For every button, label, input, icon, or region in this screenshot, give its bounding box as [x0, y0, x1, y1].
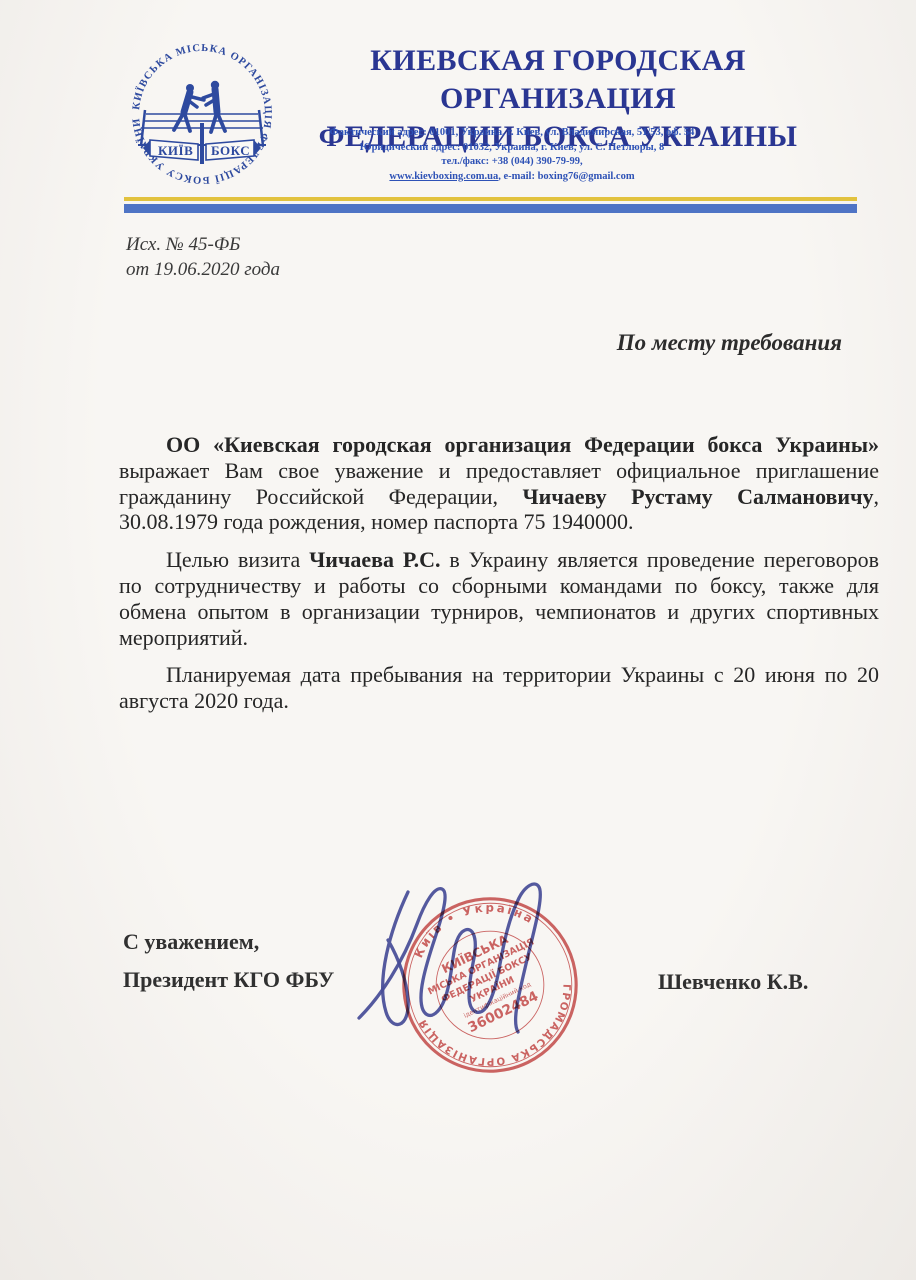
boxers-icon — [174, 81, 225, 132]
flag-stripe-yellow — [124, 197, 857, 201]
emphasized-text: Чичаева Р.С. — [309, 547, 440, 572]
physical-address: Фактический адрес: 01001, Украина, г. Ки… — [212, 126, 812, 141]
legal-address: Юридический адрес: 01032, Украина, г. Ки… — [212, 141, 812, 156]
signature-loop-stroke — [383, 892, 408, 1025]
banner-text-kyiv: КИЇВ — [158, 143, 193, 158]
closing-line: С уважением, — [123, 929, 259, 955]
letter-body: ОО «Киевская городская организация Федер… — [119, 432, 879, 714]
flag-stripe-blue — [124, 204, 857, 213]
body-text: Планируемая дата пребывания на территори… — [119, 662, 879, 713]
handwritten-signature — [345, 856, 583, 1056]
signer-title: Президент КГО ФБУ — [123, 967, 334, 993]
reference-block: Исх. № 45-ФБ от 19.06.2020 года — [126, 233, 280, 282]
email-text: , e-mail: boxing76@gmail.com — [498, 171, 634, 182]
org-title-line1: КИЕВСКАЯ ГОРОДСКАЯ ОРГАНИЗАЦИЯ — [250, 42, 866, 118]
ring-post — [200, 123, 204, 164]
website-url: www.kievboxing.com.ua — [389, 171, 498, 182]
reference-date: от 19.06.2020 года — [126, 258, 280, 283]
body-text: Целью визита — [166, 547, 309, 572]
recipient-line: По месту требования — [617, 330, 842, 356]
web-and-email: www.kievboxing.com.ua, e-mail: boxing76@… — [212, 170, 812, 185]
letter-page: КИЇВСЬКА МІСЬКА ОРГАНІЗАЦІЯ ФЕДЕРАЦІЇ БО… — [0, 0, 916, 1280]
reference-number: Исх. № 45-ФБ — [126, 233, 280, 258]
emphasized-text: Чичаеву Рустаму Салмановичу — [523, 484, 874, 509]
signer-name: Шевченко К.В. — [658, 969, 808, 995]
emphasized-text: ОО «Киевская городская организация Федер… — [166, 432, 879, 457]
letterhead-contacts: Фактический адрес: 01001, Украина, г. Ки… — [212, 126, 812, 184]
paragraph-invitation: ОО «Киевская городская организация Федер… — [119, 432, 879, 535]
paragraph-visit-purpose: Целью визита Чичаева Р.С. в Украину явля… — [119, 547, 879, 650]
phone-fax: тел./факс: +38 (044) 390-79-99, — [212, 155, 812, 170]
paragraph-stay-dates: Планируемая дата пребывания на территори… — [119, 662, 879, 714]
